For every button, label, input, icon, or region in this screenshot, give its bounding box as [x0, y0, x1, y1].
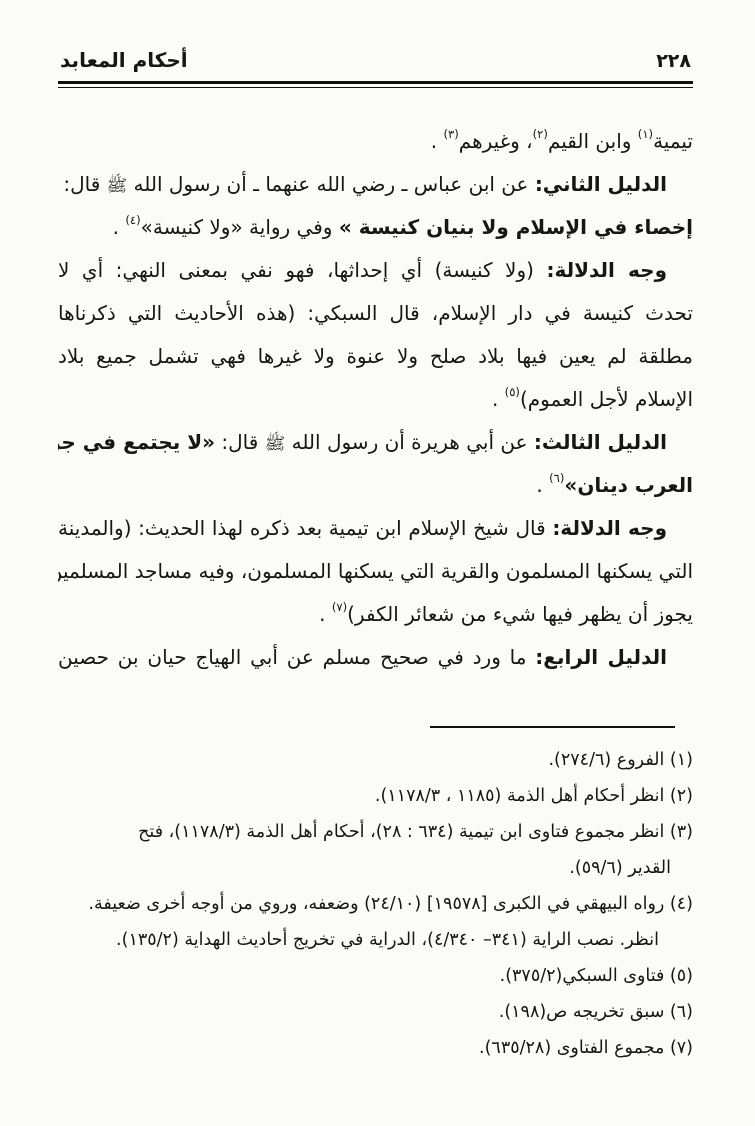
footnote-line: (١) الفروع ‭(٢٧٤/٦)‬. — [58, 742, 693, 778]
footnote-line: (٣) انظر مجموع فتاوى ابن تيمية ‭(٢٨ : ٦٣… — [58, 814, 693, 850]
text-segment: الدليل الثاني: — [535, 172, 667, 196]
text-segment: . — [536, 473, 549, 497]
footnote-ref-marker: (١) — [638, 127, 653, 141]
footnote-ref-marker: (٧) — [332, 600, 347, 614]
page: ٢٢٨ أحكام المعابد تيمية(١) وابن القيم(٢)… — [0, 0, 755, 1126]
text-segment: ، وغيرهم — [459, 129, 533, 153]
footnote-line: (٤) رواه البيهقي في الكبرى ‭(٢٤/١٠)‬ ‭[١… — [58, 886, 693, 922]
footnote-separator — [430, 726, 675, 728]
header-rule — [58, 81, 693, 88]
footnote-ref-marker: (٦) — [549, 471, 564, 485]
footnote-line: (٦) سبق تخريجه ص‭(١٩٨)‬. — [58, 994, 693, 1030]
text-segment: التي يسكنها المسلمون والقرية التي يسكنها… — [58, 559, 693, 583]
text-segment: . — [319, 602, 332, 626]
body-line: الدليل الثاني: عن ابن عباس ـ رضي الله عن… — [58, 163, 693, 206]
body-line: الدليل الثالث: عن أبي هريرة أن رسول الله… — [58, 421, 693, 464]
text-segment: مطلقة لم يعين فيها بلاد صلح ولا عنوة ولا… — [58, 344, 693, 368]
text-segment: . — [492, 387, 505, 411]
text-segment: يجوز أن يظهر فيها شيء من شعائر الكفر) — [347, 602, 693, 626]
pbuh-symbol: ﷺ — [107, 176, 128, 196]
body-text: تيمية(١) وابن القيم(٢)، وغيرهم(٣) .الدلي… — [58, 120, 693, 679]
footnote-ref-marker: (٢) — [533, 127, 548, 141]
text-segment: تيمية — [653, 129, 693, 153]
body-line: الدليل الرابع: ما ورد في صحيح مسلم عن أب… — [58, 636, 693, 679]
footnote-line: انظر. نصب الراية ‭(٤/٣٤٠ –٣٤١)‬، الدراية… — [58, 922, 693, 958]
text-segment: الإسلام لأجل العموم) — [520, 387, 693, 411]
text-segment: وجه الدلالة: — [552, 516, 667, 540]
text-segment: قال: — [58, 172, 107, 196]
text-segment: ما ورد في صحيح مسلم عن أبي الهياج حيان ب… — [58, 645, 535, 669]
body-line: الإسلام لأجل العموم)(٥) . — [58, 378, 693, 421]
page-number: ٢٢٨ — [656, 50, 691, 72]
text-segment: وجه الدلالة: — [546, 258, 667, 282]
footnote-line: (٥) فتاوى السبكي‭(٣٧٥/٢)‬. — [58, 958, 693, 994]
header: ٢٢٨ أحكام المعابد — [58, 48, 693, 81]
footnote-line: القدير ‭(٥٩/٦)‬. — [58, 850, 693, 886]
book-title: أحكام المعابد — [60, 48, 188, 72]
body-line: تيمية(١) وابن القيم(٢)، وغيرهم(٣) . — [58, 120, 693, 163]
body-line: وجه الدلالة: قال شيخ الإسلام ابن تيمية ب… — [58, 507, 693, 550]
body-line: يجوز أن يظهر فيها شيء من شعائر الكفر)(٧)… — [58, 593, 693, 636]
footnote-line: (٢) انظر أحكام أهل الذمة ‭(١١٧٨/٣ ، ١١٨٥… — [58, 778, 693, 814]
text-segment: (ولا كنيسة) أي إحداثها، فهو نفي بمعنى ال… — [58, 258, 546, 282]
body-line: العرب دينان»(٦) . — [58, 464, 693, 507]
text-segment: وابن القيم — [548, 129, 638, 153]
text-segment: تحدث كنيسة في دار الإسلام، قال السبكي: (… — [58, 301, 693, 325]
body-line: التي يسكنها المسلمون والقرية التي يسكنها… — [58, 550, 693, 593]
text-segment: قال: — [215, 430, 265, 454]
text-segment: . — [113, 215, 126, 239]
text-segment: الدليل الرابع: — [535, 645, 667, 669]
text-segment: قال شيخ الإسلام ابن تيمية بعد ذكره لهذا … — [58, 516, 552, 540]
text-segment: الدليل الثالث: — [534, 430, 667, 454]
footnote-ref-marker: (٤) — [125, 213, 140, 227]
text-segment: عن ابن عباس ـ رضي الله عنهما ـ أن رسول ا… — [127, 172, 535, 196]
text-segment: إخصاء في الإسلام ولا بنيان كنيسة » — [339, 215, 693, 239]
footnote-ref-marker: (٥) — [505, 385, 520, 399]
footnotes: (١) الفروع ‭(٢٧٤/٦)‬.(٢) انظر أحكام أهل … — [58, 742, 693, 1066]
footnote-ref-marker: (٣) — [443, 127, 458, 141]
text-segment: . — [431, 129, 444, 153]
text-segment: «لا يجتمع في جزيرة — [58, 430, 215, 454]
body-line: تحدث كنيسة في دار الإسلام، قال السبكي: (… — [58, 292, 693, 335]
footnote-line: (٧) مجموع الفتاوى ‭(٦٣٥/٢٨)‬. — [58, 1030, 693, 1066]
text-segment: العرب دينان» — [564, 473, 693, 497]
body-line: إخصاء في الإسلام ولا بنيان كنيسة » وفي ر… — [58, 206, 693, 249]
pbuh-symbol: ﷺ — [265, 434, 286, 454]
text-segment: وفي رواية «ولا كنيسة» — [141, 215, 339, 239]
text-segment: عن أبي هريرة أن رسول الله — [285, 430, 534, 454]
body-line: وجه الدلالة: (ولا كنيسة) أي إحداثها، فهو… — [58, 249, 693, 292]
body-line: مطلقة لم يعين فيها بلاد صلح ولا عنوة ولا… — [58, 335, 693, 378]
